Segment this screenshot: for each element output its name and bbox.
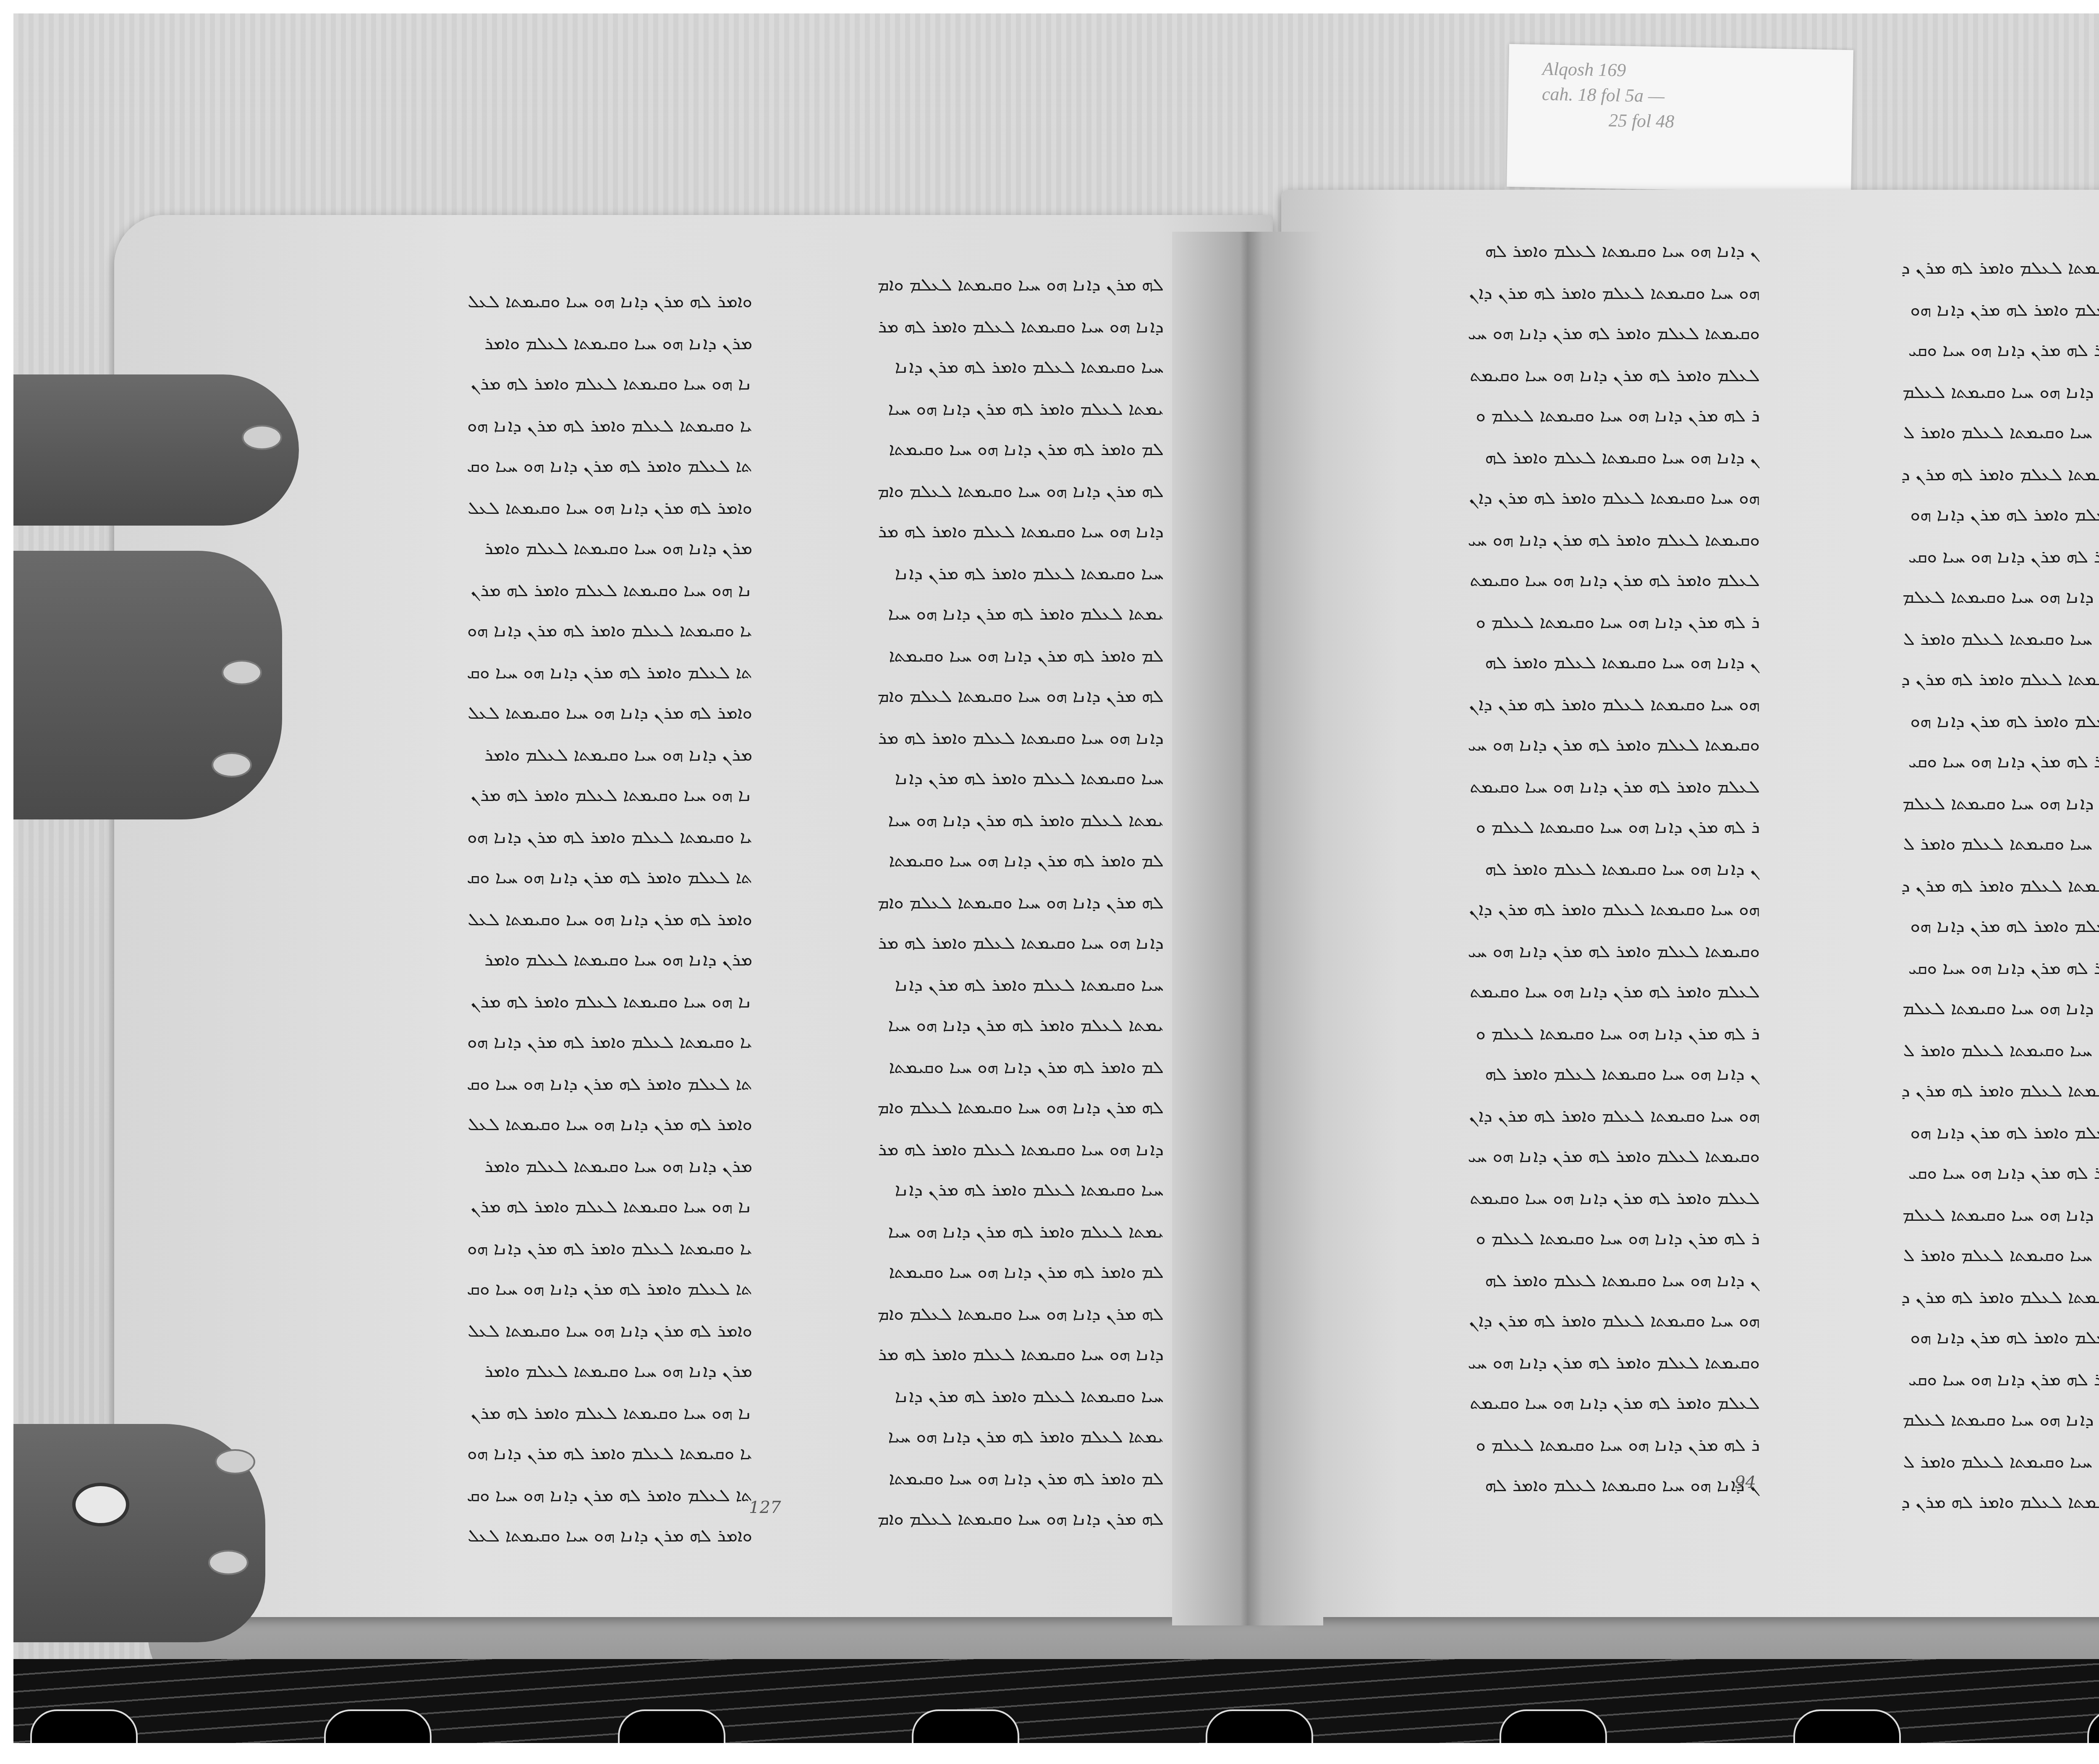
script-line: ܐ ܘܩܝܡܬܐ ܠܥܠܡ ܘܐܡܪ ܠܗ ܡܪܢ ܕܐܢܐ ܗܘ xyxy=(1777,290,2099,331)
script-line: ܝܐ ܘܩܝܡܬܐ ܠܥܠܡ ܘܐܡܪ ܠܗ ܡܪܢ ܕܐܢܐ ܗܘ xyxy=(400,611,752,652)
script-line: ܡܪܢ ܕܐܢܐ ܗܘ ܚܝܐ ܘܩܝܡܬܐ ܠܥܠܡ ܘܐܡܪ ܠ xyxy=(1777,824,2099,866)
script-line: ܡܪܢ ܕܐܢܐ ܗܘ ܚܝܐ ܘܩܝܡܬܐ ܠܥܠܡ ܘܐܡܪ xyxy=(400,323,752,364)
script-line: ܐ ܗܘ ܚܝܐ ܘܩܝܡܬܐ ܠܥܠܡ ܘܐܡܪ ܠܗ ܡܪܢ ܕ xyxy=(1777,1483,2099,1524)
script-line: ܬܐ ܠܥܠܡ ܘܐܡܪ ܠܗ ܡܪܢ ܕܐܢܐ ܗܘ ܚܝܐ ܘܩ xyxy=(400,1475,752,1516)
script-line: ܘܩܝܡܬܐ ܠܥܠܡ ܘܐܡܪ ܠܗ ܡܪܢ ܕܐܢܐ ܗܘ ܚܝ xyxy=(1357,931,1760,972)
script-line: ܐܡܪ ܠܗ ܡܪܢ ܕܐܢܐ ܗܘ ܚܝܐ ܘܩܝܡܬܐ ܠܥܠܡ xyxy=(1777,1195,2099,1236)
script-line: ܢ ܕܐܢܐ ܗܘ ܚܝܐ ܘܩܝܡܬܐ ܠܥܠܡ ܘܐܡܪ ܠܗ xyxy=(1357,1260,1760,1301)
script-line: ܐܡܪ ܠܗ ܡܪܢ ܕܐܢܐ ܗܘ ܚܝܐ ܘܩܝܡܬܐ ܠܥܠܡ xyxy=(1777,578,2099,619)
script-line: ܐܡܪ ܠܗ ܡܪܢ ܕܐܢܐ ܗܘ ܚܝܐ ܘܩܝܡܬܐ ܠܥܠܡ xyxy=(1777,372,2099,413)
fingernail xyxy=(242,425,282,450)
script-line: ܬܐ ܠܥܠܡ ܘܐܡܪ ܠܗ ܡܪܢ ܕܐܢܐ ܗܘ ܚܝܐ ܘܩ xyxy=(400,858,752,899)
script-line: ܝܡܬܐ ܠܥܠܡ ܘܐܡܪ ܠܗ ܡܪܢ ܕܐܢܐ ܗܘ ܚܝܐ xyxy=(794,800,1164,841)
script-line: ܡܪܢ ܕܐܢܐ ܗܘ ܚܝܐ ܘܩܝܡܬܐ ܠܥܠܡ ܘܐܡܪ xyxy=(400,529,752,570)
script-line: ܐ ܘܩܝܡܬܐ ܠܥܠܡ ܘܐܡܪ ܠܗ ܡܪܢ ܕܐܢܐ ܗܘ xyxy=(1777,495,2099,537)
script-line: ܠܗ ܡܪܢ ܕܐܢܐ ܗܘ ܚܝܐ ܘܩܝܡܬܐ ܠܥܠܡ ܘܐܡ xyxy=(794,882,1164,924)
right-inner-column: ܢ ܕܐܢܐ ܗܘ ܚܝܐ ܘܩܝܡܬܐ ܠܥܠܡ ܘܐܡܪ ܠܗ ܗܘ ܚܝܐ… xyxy=(1357,232,1760,1507)
script-line: ܪ ܠܗ ܡܪܢ ܕܐܢܐ ܗܘ ܚܝܐ ܘܩܝܡܬܐ ܠܥܠܡ ܘ xyxy=(1357,396,1760,437)
script-line: ܬܐ ܠܥܠܡ ܘܐܡܪ ܠܗ ܡܪܢ ܕܐܢܐ ܗܘ ܚܝܐ ܘܩ xyxy=(400,1064,752,1105)
film-sprocket-hole xyxy=(912,1709,1019,1743)
film-sprocket-hole xyxy=(2087,1709,2099,1743)
script-line: ܐ ܠܥܠܡ ܘܐܡܪ ܠܗ ܡܪܢ ܕܐܢܐ ܗܘ ܚܝܐ ܘܩܝ xyxy=(1777,331,2099,372)
script-line: ܕܐܢܐ ܗܘ ܚܝܐ ܘܩܝܡܬܐ ܠܥܠܡ ܘܐܡܪ ܠܗ ܡܪ xyxy=(794,1335,1164,1376)
script-line: ܗܘ ܚܝܐ ܘܩܝܡܬܐ ܠܥܠܡ ܘܐܡܪ ܠܗ ܡܪܢ ܕܐܢ xyxy=(1357,1096,1760,1137)
script-line: ܐ ܗܘ ܚܝܐ ܘܩܝܡܬܐ ܠܥܠܡ ܘܐܡܪ ܠܗ ܡܪܢ ܕ xyxy=(1777,866,2099,907)
book-gutter xyxy=(1172,232,1323,1625)
script-line: ܐ ܠܥܠܡ ܘܐܡܪ ܠܗ ܡܪܢ ܕܐܢܐ ܗܘ ܚܝܐ ܘܩܝ xyxy=(1777,1359,2099,1400)
script-line: ܕܐܢܐ ܗܘ ܚܝܐ ܘܩܝܡܬܐ ܠܥܠܡ ܘܐܡܪ ܠܗ ܡܪ xyxy=(794,718,1164,759)
script-line: ܪ ܠܗ ܡܪܢ ܕܐܢܐ ܗܘ ܚܝܐ ܘܩܝܡܬܐ ܠܥܠܡ ܘ xyxy=(1357,1219,1760,1260)
script-line: ܢܐ ܗܘ ܚܝܐ ܘܩܝܡܬܐ ܠܥܠܡ ܘܐܡܪ ܠܗ ܡܪܢ xyxy=(400,981,752,1023)
script-line: ܪ ܠܗ ܡܪܢ ܕܐܢܐ ܗܘ ܚܝܐ ܘܩܝܡܬܐ ܠܥܠܡ ܘ xyxy=(1357,1425,1760,1466)
script-line: ܡܪܢ ܕܐܢܐ ܗܘ ܚܝܐ ܘܩܝܡܬܐ ܠܥܠܡ ܘܐܡܪ ܠ xyxy=(1777,1442,2099,1483)
film-sprocket-hole xyxy=(1500,1709,1607,1743)
film-sprocket-hole xyxy=(30,1709,138,1743)
script-line: ܐ ܠܥܠܡ ܘܐܡܪ ܠܗ ܡܪܢ ܕܐܢܐ ܗܘ ܚܝܐ ܘܩܝ xyxy=(1777,948,2099,989)
script-line: ܠܥܠܡ ܘܐܡܪ ܠܗ ܡܪܢ ܕܐܢܐ ܗܘ ܚܝܐ ܘܩܝܡܬ xyxy=(1357,972,1760,1013)
script-line: ܗܘ ܚܝܐ ܘܩܝܡܬܐ ܠܥܠܡ ܘܐܡܪ ܠܗ ܡܪܢ ܕܐܢ xyxy=(1357,684,1760,725)
script-line: ܘܐܡܪ ܠܗ ܡܪܢ ܕܐܢܐ ܗܘ ܚܝܐ ܘܩܝܡܬܐ ܠܥܠ xyxy=(400,1105,752,1146)
script-line: ܪ ܠܗ ܡܪܢ ܕܐܢܐ ܗܘ ܚܝܐ ܘܩܝܡܬܐ ܠܥܠܡ ܘ xyxy=(1357,808,1760,849)
fingernail xyxy=(212,752,252,777)
film-sprocket-hole xyxy=(1793,1709,1901,1743)
right-outer-column: ܐ ܗܘ ܚܝܐ ܘܩܝܡܬܐ ܠܥܠܡ ܘܐܡܪ ܠܗ ܡܪܢ ܕܐ ܘܩܝܡ… xyxy=(1777,249,2099,1524)
script-line: ܗܘ ܚܝܐ ܘܩܝܡܬܐ ܠܥܠܡ ܘܐܡܪ ܠܗ ܡܪܢ ܕܐܢ xyxy=(1357,1301,1760,1343)
script-line: ܗܘ ܚܝܐ ܘܩܝܡܬܐ ܠܥܠܡ ܘܐܡܪ ܠܗ ܡܪܢ ܕܐܢ xyxy=(1357,479,1760,520)
script-line: ܠܡ ܘܐܡܪ ܠܗ ܡܪܢ ܕܐܢܐ ܗܘ ܚܝܐ ܘܩܝܡܬܐ xyxy=(794,636,1164,677)
script-line: ܐ ܠܥܠܡ ܘܐܡܪ ܠܗ ܡܪܢ ܕܐܢܐ ܗܘ ܚܝܐ ܘܩܝ xyxy=(1777,537,2099,578)
fingernail xyxy=(215,1449,255,1474)
script-line: ܡܪܢ ܕܐܢܐ ܗܘ ܚܝܐ ܘܩܝܡܬܐ ܠܥܠܡ ܘܐܡܪ ܠ xyxy=(1777,1236,2099,1277)
script-line: ܗܘ ܚܝܐ ܘܩܝܡܬܐ ܠܥܠܡ ܘܐܡܪ ܠܗ ܡܪܢ ܕܐܢ xyxy=(1357,273,1760,314)
script-line: ܕܐܢܐ ܗܘ ܚܝܐ ܘܩܝܡܬܐ ܠܥܠܡ ܘܐܡܪ ܠܗ ܡܪ xyxy=(794,1129,1164,1170)
script-line: ܚܝܐ ܘܩܝܡܬܐ ܠܥܠܡ ܘܐܡܪ ܠܗ ܡܪܢ ܕܐܢܐ xyxy=(794,348,1164,389)
open-book: ܘܐܡܪ ܠܗ ܡܪܢ ܕܐܢܐ ܗܘ ܚܝܐ ܘܩܝܡܬܐ ܠܥܠ ܡܪܢ ܕ… xyxy=(97,181,2099,1693)
ring xyxy=(72,1483,129,1526)
script-line: ܚܝܐ ܘܩܝܡܬܐ ܠܥܠܡ ܘܐܡܪ ܠܗ ܡܪܢ ܕܐܢܐ xyxy=(794,1376,1164,1417)
film-sprocket-hole xyxy=(618,1709,725,1743)
script-line: ܠܡ ܘܐܡܪ ܠܗ ܡܪܢ ܕܐܢܐ ܗܘ ܚܝܐ ܘܩܝܡܬܐ xyxy=(794,841,1164,882)
catalog-label: Alqosh 169 cah. 18 fol 5a — 25 fol 48 xyxy=(1507,44,1853,193)
script-line: ܠܥܠܡ ܘܐܡܪ ܠܗ ܡܪܢ ܕܐܢܐ ܗܘ ܚܝܐ ܘܩܝܡܬ xyxy=(1357,561,1760,602)
script-line: ܕܐܢܐ ܗܘ ܚܝܐ ܘܩܝܡܬܐ ܠܥܠܡ ܘܐܡܪ ܠܗ ܡܪ xyxy=(794,306,1164,348)
script-line: ܠܥܠܡ ܘܐܡܪ ܠܗ ܡܪܢ ܕܐܢܐ ܗܘ ܚܝܐ ܘܩܝܡܬ xyxy=(1357,1384,1760,1425)
script-line: ܠܗ ܡܪܢ ܕܐܢܐ ܗܘ ܚܝܐ ܘܩܝܡܬܐ ܠܥܠܡ ܘܐܡ xyxy=(794,265,1164,306)
script-line: ܘܩܝܡܬܐ ܠܥܠܡ ܘܐܡܪ ܠܗ ܡܪܢ ܕܐܢܐ ܗܘ ܚܝ xyxy=(1357,1343,1760,1384)
script-line: ܡܪܢ ܕܐܢܐ ܗܘ ܚܝܐ ܘܩܝܡܬܐ ܠܥܠܡ ܘܐܡܪ xyxy=(400,1146,752,1187)
script-line: ܚܝܐ ܘܩܝܡܬܐ ܠܥܠܡ ܘܐܡܪ ܠܗ ܡܪܢ ܕܐܢܐ xyxy=(794,759,1164,800)
script-line: ܢ ܕܐܢܐ ܗܘ ܚܝܐ ܘܩܝܡܬܐ ܠܥܠܡ ܘܐܡܪ ܠܗ xyxy=(1357,643,1760,684)
script-line: ܐ ܘܩܝܡܬܐ ܠܥܠܡ ܘܐܡܪ ܠܗ ܡܪܢ ܕܐܢܐ ܗܘ xyxy=(1777,1318,2099,1359)
script-line: ܡܪܢ ܕܐܢܐ ܗܘ ܚܝܐ ܘܩܝܡܬܐ ܠܥܠܡ ܘܐܡܪ ܠ xyxy=(1777,413,2099,454)
left-outer-column: ܘܐܡܪ ܠܗ ܡܪܢ ܕܐܢܐ ܗܘ ܚܝܐ ܘܩܝܡܬܐ ܠܥܠ ܡܪܢ ܕ… xyxy=(400,282,752,1557)
left-hand-lower xyxy=(13,1424,265,1642)
script-line: ܢܐ ܗܘ ܚܝܐ ܘܩܝܡܬܐ ܠܥܠܡ ܘܐܡܪ ܠܗ ܡܪܢ xyxy=(400,1187,752,1228)
script-line: ܐܡܪ ܠܗ ܡܪܢ ܕܐܢܐ ܗܘ ܚܝܐ ܘܩܝܡܬܐ ܠܥܠܡ xyxy=(1777,989,2099,1030)
script-line: ܡܪܢ ܕܐܢܐ ܗܘ ܚܝܐ ܘܩܝܡܬܐ ܠܥܠܡ ܘܐܡܪ ܠ xyxy=(1777,1030,2099,1071)
script-line: ܘܐܡܪ ܠܗ ܡܪܢ ܕܐܢܐ ܗܘ ܚܝܐ ܘܩܝܡܬܐ ܠܥܠ xyxy=(400,282,752,323)
script-line: ܝܡܬܐ ܠܥܠܡ ܘܐܡܪ ܠܗ ܡܪܢ ܕܐܢܐ ܗܘ ܚܝܐ xyxy=(794,389,1164,430)
script-line: ܪ ܠܗ ܡܪܢ ܕܐܢܐ ܗܘ ܚܝܐ ܘܩܝܡܬܐ ܠܥܠܡ ܘ xyxy=(1357,1013,1760,1055)
script-line: ܝܡܬܐ ܠܥܠܡ ܘܐܡܪ ܠܗ ܡܪܢ ܕܐܢܐ ܗܘ ܚܝܐ xyxy=(794,1212,1164,1253)
script-line: ܘܩܝܡܬܐ ܠܥܠܡ ܘܐܡܪ ܠܗ ܡܪܢ ܕܐܢܐ ܗܘ ܚܝ xyxy=(1357,520,1760,561)
script-line: ܢ ܕܐܢܐ ܗܘ ܚܝܐ ܘܩܝܡܬܐ ܠܥܠܡ ܘܐܡܪ ܠܗ xyxy=(1357,232,1760,273)
script-line: ܢܐ ܗܘ ܚܝܐ ܘܩܝܡܬܐ ܠܥܠܡ ܘܐܡܪ ܠܗ ܡܪܢ xyxy=(400,776,752,817)
script-line: ܢܐ ܗܘ ܚܝܐ ܘܩܝܡܬܐ ܠܥܠܡ ܘܐܡܪ ܠܗ ܡܪܢ xyxy=(400,570,752,611)
script-line: ܚܝܐ ܘܩܝܡܬܐ ܠܥܠܡ ܘܐܡܪ ܠܗ ܡܪܢ ܕܐܢܐ xyxy=(794,965,1164,1006)
script-line: ܝܐ ܘܩܝܡܬܐ ܠܥܠܡ ܘܐܡܪ ܠܗ ܡܪܢ ܕܐܢܐ ܗܘ xyxy=(400,406,752,447)
fingernail xyxy=(208,1550,249,1575)
left-page-number: 127 xyxy=(749,1500,781,1518)
script-line: ܢ ܕܐܢܐ ܗܘ ܚܝܐ ܘܩܝܡܬܐ ܠܥܠܡ ܘܐܡܪ ܠܗ xyxy=(1357,849,1760,890)
script-line: ܠܡ ܘܐܡܪ ܠܗ ܡܪܢ ܕܐܢܐ ܗܘ ܚܝܐ ܘܩܝܡܬܐ xyxy=(794,1458,1164,1500)
label-line-3: 25 fol 48 xyxy=(1541,108,1852,139)
script-line: ܘܐܡܪ ܠܗ ܡܪܢ ܕܐܢܐ ܗܘ ܚܝܐ ܘܩܝܡܬܐ ܠܥܠ xyxy=(400,899,752,940)
right-page-number: 94 xyxy=(1735,1474,1756,1493)
script-line: ܠܗ ܡܪܢ ܕܐܢܐ ܗܘ ܚܝܐ ܘܩܝܡܬܐ ܠܥܠܡ ܘܐܡ xyxy=(794,677,1164,718)
script-line: ܘܩܝܡܬܐ ܠܥܠܡ ܘܐܡܪ ܠܗ ܡܪܢ ܕܐܢܐ ܗܘ ܚܝ xyxy=(1357,725,1760,767)
script-line: ܡܪܢ ܕܐܢܐ ܗܘ ܚܝܐ ܘܩܝܡܬܐ ܠܥܠܡ ܘܐܡܪ ܠ xyxy=(1777,619,2099,660)
script-line: ܡܪܢ ܕܐܢܐ ܗܘ ܚܝܐ ܘܩܝܡܬܐ ܠܥܠܡ ܘܐܡܪ xyxy=(400,735,752,776)
script-line: ܬܐ ܠܥܠܡ ܘܐܡܪ ܠܗ ܡܪܢ ܕܐܢܐ ܗܘ ܚܝܐ ܘܩ xyxy=(400,652,752,694)
script-line: ܝܡܬܐ ܠܥܠܡ ܘܐܡܪ ܠܗ ܡܪܢ ܕܐܢܐ ܗܘ ܚܝܐ xyxy=(794,1417,1164,1458)
script-line: ܢ ܕܐܢܐ ܗܘ ܚܝܐ ܘܩܝܡܬܐ ܠܥܠܡ ܘܐܡܪ ܠܗ xyxy=(1357,1055,1760,1096)
script-line: ܠܡ ܘܐܡܪ ܠܗ ܡܪܢ ܕܐܢܐ ܗܘ ܚܝܐ ܘܩܝܡܬܐ xyxy=(794,430,1164,471)
script-line: ܠܗ ܡܪܢ ܕܐܢܐ ܗܘ ܚܝܐ ܘܩܝܡܬܐ ܠܥܠܡ ܘܐܡ xyxy=(794,1088,1164,1129)
script-line: ܐܡܪ ܠܗ ܡܪܢ ܕܐܢܐ ܗܘ ܚܝܐ ܘܩܝܡܬܐ ܠܥܠܡ xyxy=(1777,783,2099,824)
script-line: ܝܡܬܐ ܠܥܠܡ ܘܐܡܪ ܠܗ ܡܪܢ ܕܐܢܐ ܗܘ ܚܝܐ xyxy=(794,1006,1164,1047)
script-line: ܪ ܠܗ ܡܪܢ ܕܐܢܐ ܗܘ ܚܝܐ ܘܩܝܡܬܐ ܠܥܠܡ ܘ xyxy=(1357,602,1760,643)
script-line: ܡܪܢ ܕܐܢܐ ܗܘ ܚܝܐ ܘܩܝܡܬܐ ܠܥܠܡ ܘܐܡܪ xyxy=(400,940,752,981)
script-line: ܐ ܘܩܝܡܬܐ ܠܥܠܡ ܘܐܡܪ ܠܗ ܡܪܢ ܕܐܢܐ ܗܘ xyxy=(1777,1112,2099,1154)
script-line: ܘܩܝܡܬܐ ܠܥܠܡ ܘܐܡܪ ܠܗ ܡܪܢ ܕܐܢܐ ܗܘ ܚܝ xyxy=(1357,314,1760,355)
left-hand-upper xyxy=(13,374,299,526)
script-line: ܚܝܐ ܘܩܝܡܬܐ ܠܥܠܡ ܘܐܡܪ ܠܗ ܡܪܢ ܕܐܢܐ xyxy=(794,553,1164,594)
script-line: ܐ ܠܥܠܡ ܘܐܡܪ ܠܗ ܡܪܢ ܕܐܢܐ ܗܘ ܚܝܐ ܘܩܝ xyxy=(1777,742,2099,783)
film-sprocket-hole xyxy=(324,1709,432,1743)
script-line: ܐܡܪ ܠܗ ܡܪܢ ܕܐܢܐ ܗܘ ܚܝܐ ܘܩܝܡܬܐ ܠܥܠܡ xyxy=(1777,1400,2099,1442)
photo-frame: Alqosh 169 cah. 18 fol 5a — 25 fol 48 ܘܐ… xyxy=(0,0,2099,1763)
script-line: ܐ ܗܘ ܚܝܐ ܘܩܝܡܬܐ ܠܥܠܡ ܘܐܡܪ ܠܗ ܡܪܢ ܕ xyxy=(1777,1071,2099,1112)
script-line: ܕܐܢܐ ܗܘ ܚܝܐ ܘܩܝܡܬܐ ܠܥܠܡ ܘܐܡܪ ܠܗ ܡܪ xyxy=(794,924,1164,965)
script-line: ܐ ܘܩܝܡܬܐ ܠܥܠܡ ܘܐܡܪ ܠܗ ܡܪܢ ܕܐܢܐ ܗܘ xyxy=(1777,701,2099,742)
script-line: ܝܡܬܐ ܠܥܠܡ ܘܐܡܪ ܠܗ ܡܪܢ ܕܐܢܐ ܗܘ ܚܝܐ xyxy=(794,594,1164,636)
script-line: ܬܐ ܠܥܠܡ ܘܐܡܪ ܠܗ ܡܪܢ ܕܐܢܐ ܗܘ ܚܝܐ ܘܩ xyxy=(400,1269,752,1311)
script-line: ܠܥܠܡ ܘܐܡܪ ܠܗ ܡܪܢ ܕܐܢܐ ܗܘ ܚܝܐ ܘܩܝܡܬ xyxy=(1357,355,1760,396)
script-line: ܘܩܝܡܬܐ ܠܥܠܡ ܘܐܡܪ ܠܗ ܡܪܢ ܕܐܢܐ ܗܘ ܚܝ xyxy=(1357,1137,1760,1178)
script-line: ܗܘ ܚܝܐ ܘܩܝܡܬܐ ܠܥܠܡ ܘܐܡܪ ܠܗ ܡܪܢ ܕܐܢ xyxy=(1357,890,1760,931)
script-line: ܬܐ ܠܥܠܡ ܘܐܡܪ ܠܗ ܡܪܢ ܕܐܢܐ ܗܘ ܚܝܐ ܘܩ xyxy=(400,447,752,488)
script-line: ܠܡ ܘܐܡܪ ܠܗ ܡܪܢ ܕܐܢܐ ܗܘ ܚܝܐ ܘܩܝܡܬܐ xyxy=(794,1253,1164,1294)
script-line: ܢ ܕܐܢܐ ܗܘ ܚܝܐ ܘܩܝܡܬܐ ܠܥܠܡ ܘܐܡܪ ܠܗ xyxy=(1357,437,1760,479)
fingernail xyxy=(222,660,262,685)
script-line: ܡܪܢ ܕܐܢܐ ܗܘ ܚܝܐ ܘܩܝܡܬܐ ܠܥܠܡ ܘܐܡܪ xyxy=(400,1352,752,1393)
left-inner-column: ܠܗ ܡܪܢ ܕܐܢܐ ܗܘ ܚܝܐ ܘܩܝܡܬܐ ܠܥܠܡ ܘܐܡܕܐܢܐ ܗ… xyxy=(794,265,1164,1541)
script-line: ܠܗ ܡܪܢ ܕܐܢܐ ܗܘ ܚܝܐ ܘܩܝܡܬܐ ܠܥܠܡ ܘܐܡ xyxy=(794,1500,1164,1541)
film-sprocket-hole xyxy=(1206,1709,1313,1743)
script-line: ܢܐ ܗܘ ܚܝܐ ܘܩܝܡܬܐ ܠܥܠܡ ܘܐܡܪ ܠܗ ܡܪܢ xyxy=(400,1393,752,1434)
script-line: ܘܐܡܪ ܠܗ ܡܪܢ ܕܐܢܐ ܗܘ ܚܝܐ ܘܩܝܡܬܐ ܠܥܠ xyxy=(400,488,752,529)
script-line: ܠܥܠܡ ܘܐܡܪ ܠܗ ܡܪܢ ܕܐܢܐ ܗܘ ܚܝܐ ܘܩܝܡܬ xyxy=(1357,767,1760,808)
script-line: ܐ ܗܘ ܚܝܐ ܘܩܝܡܬܐ ܠܥܠܡ ܘܐܡܪ ܠܗ ܡܪܢ ܕ xyxy=(1777,249,2099,290)
script-line: ܝܐ ܘܩܝܡܬܐ ܠܥܠܡ ܘܐܡܪ ܠܗ ܡܪܢ ܕܐܢܐ ܗܘ xyxy=(400,817,752,858)
script-line: ܠܗ ܡܪܢ ܕܐܢܐ ܗܘ ܚܝܐ ܘܩܝܡܬܐ ܠܥܠܡ ܘܐܡ xyxy=(794,471,1164,512)
script-line: ܚܝܐ ܘܩܝܡܬܐ ܠܥܠܡ ܘܐܡܪ ܠܗ ܡܪܢ ܕܐܢܐ xyxy=(794,1170,1164,1212)
script-line: ܠܡ ܘܐܡܪ ܠܗ ܡܪܢ ܕܐܢܐ ܗܘ ܚܝܐ ܘܩܝܡܬܐ xyxy=(794,1047,1164,1088)
script-line: ܝܐ ܘܩܝܡܬܐ ܠܥܠܡ ܘܐܡܪ ܠܗ ܡܪܢ ܕܐܢܐ ܗܘ xyxy=(400,1228,752,1269)
script-line: ܐ ܗܘ ܚܝܐ ܘܩܝܡܬܐ ܠܥܠܡ ܘܐܡܪ ܠܗ ܡܪܢ ܕ xyxy=(1777,660,2099,701)
script-line: ܘܐܡܪ ܠܗ ܡܪܢ ܕܐܢܐ ܗܘ ܚܝܐ ܘܩܝܡܬܐ ܠܥܠ xyxy=(400,1311,752,1352)
script-line: ܐ ܘܩܝܡܬܐ ܠܥܠܡ ܘܐܡܪ ܠܗ ܡܪܢ ܕܐܢܐ ܗܘ xyxy=(1777,907,2099,948)
script-line: ܝܐ ܘܩܝܡܬܐ ܠܥܠܡ ܘܐܡܪ ܠܗ ܡܪܢ ܕܐܢܐ ܗܘ xyxy=(400,1023,752,1064)
left-hand-fingers xyxy=(13,551,282,819)
script-line: ܘܐܡܪ ܠܗ ܡܪܢ ܕܐܢܐ ܗܘ ܚܝܐ ܘܩܝܡܬܐ ܠܥܠ xyxy=(400,694,752,735)
script-line: ܠܥܠܡ ܘܐܡܪ ܠܗ ܡܪܢ ܕܐܢܐ ܗܘ ܚܝܐ ܘܩܝܡܬ xyxy=(1357,1178,1760,1219)
film-strip xyxy=(13,1659,2099,1743)
script-line: ܐ ܗܘ ܚܝܐ ܘܩܝܡܬܐ ܠܥܠܡ ܘܐܡܪ ܠܗ ܡܪܢ ܕ xyxy=(1777,1277,2099,1318)
manuscript-photo: Alqosh 169 cah. 18 fol 5a — 25 fol 48 ܘܐ… xyxy=(13,13,2099,1743)
right-page: ܢ ܕܐܢܐ ܗܘ ܚܝܐ ܘܩܝܡܬܐ ܠܥܠܡ ܘܐܡܪ ܠܗ ܗܘ ܚܝܐ… xyxy=(1281,190,2099,1617)
script-line: ܕܐܢܐ ܗܘ ܚܝܐ ܘܩܝܡܬܐ ܠܥܠܡ ܘܐܡܪ ܠܗ ܡܪ xyxy=(794,512,1164,553)
script-line: ܘܐܡܪ ܠܗ ܡܪܢ ܕܐܢܐ ܗܘ ܚܝܐ ܘܩܝܡܬܐ ܠܥܠ xyxy=(400,1516,752,1557)
script-line: ܢ ܕܐܢܐ ܗܘ ܚܝܐ ܘܩܝܡܬܐ ܠܥܠܡ ܘܐܡܪ ܠܗ xyxy=(1357,1466,1760,1507)
script-line: ܢܐ ܗܘ ܚܝܐ ܘܩܝܡܬܐ ܠܥܠܡ ܘܐܡܪ ܠܗ ܡܪܢ xyxy=(400,364,752,406)
script-line: ܐ ܠܥܠܡ ܘܐܡܪ ܠܗ ܡܪܢ ܕܐܢܐ ܗܘ ܚܝܐ ܘܩܝ xyxy=(1777,1154,2099,1195)
script-line: ܝܐ ܘܩܝܡܬܐ ܠܥܠܡ ܘܐܡܪ ܠܗ ܡܪܢ ܕܐܢܐ ܗܘ xyxy=(400,1434,752,1475)
script-line: ܐ ܗܘ ܚܝܐ ܘܩܝܡܬܐ ܠܥܠܡ ܘܐܡܪ ܠܗ ܡܪܢ ܕ xyxy=(1777,454,2099,495)
script-line: ܠܗ ܡܪܢ ܕܐܢܐ ܗܘ ܚܝܐ ܘܩܝܡܬܐ ܠܥܠܡ ܘܐܡ xyxy=(794,1294,1164,1335)
